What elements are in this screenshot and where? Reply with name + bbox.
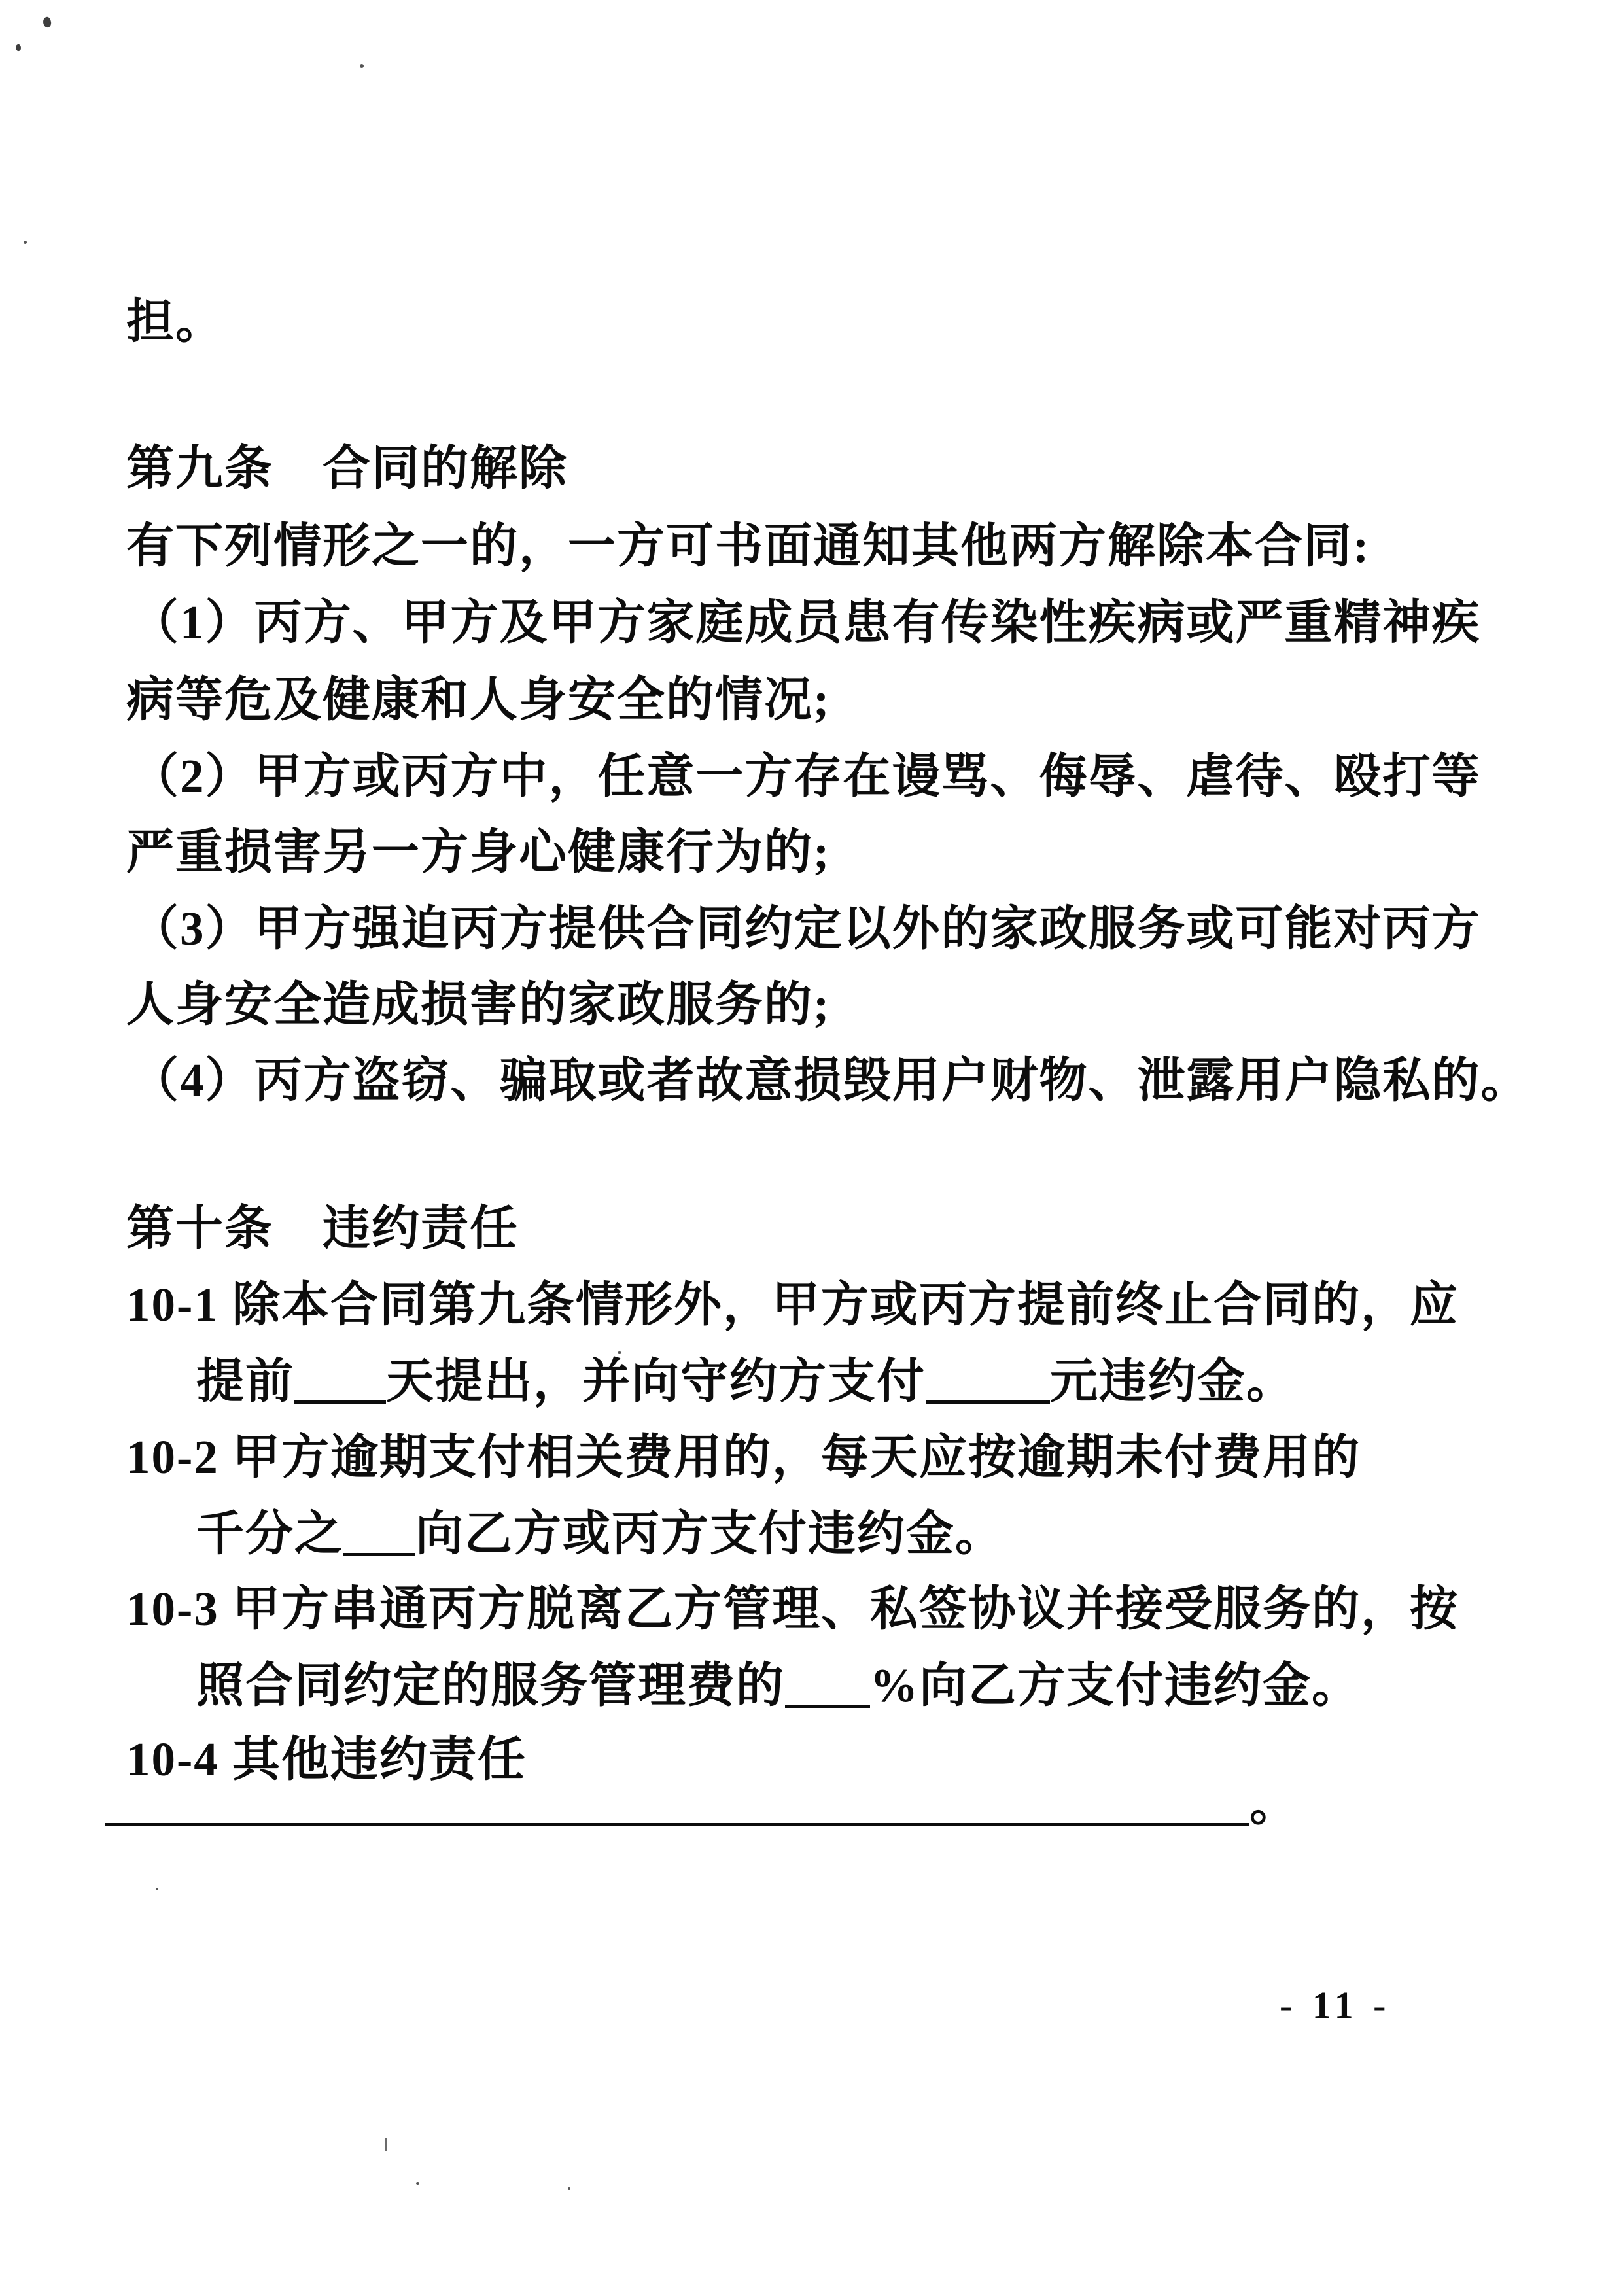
page-number: - 11 -	[1280, 1983, 1391, 2027]
clause-10-3-line2: 照合同约定的服务管理费的%向乙方支付违约金。	[196, 1660, 1361, 1712]
scan-speck	[618, 1351, 621, 1354]
article9-intro: 有下列情形之一的，一方可书面通知其他两方解除本合同:	[126, 520, 1370, 572]
text-run: 。	[1249, 1777, 1299, 1830]
text-run: 10-2 甲方逾期支付相关费用的，每天应按逾期未付费用的	[126, 1431, 1361, 1484]
text-run: 第九条 合同的解除	[126, 442, 568, 495]
text-run: 第十条 违约责任	[126, 1202, 519, 1255]
document-page: 担。第九条 合同的解除有下列情形之一的，一方可书面通知其他两方解除本合同:（1）…	[0, 0, 1623, 2296]
fill-in-blank	[294, 1366, 386, 1404]
fill-in-blank	[926, 1366, 1050, 1404]
text-run: 有下列情形之一的，一方可书面通知其他两方解除本合同:	[126, 519, 1370, 572]
text-run: %向乙方支付违约金。	[870, 1659, 1361, 1712]
text-run: 元违约金。	[1050, 1355, 1295, 1408]
article9-item1-line2: 病等危及健康和人身安全的情况;	[126, 674, 830, 726]
text-run: 向乙方或丙方支付违约金。	[415, 1507, 1004, 1560]
clause-10-2-line1: 10-2 甲方逾期支付相关费用的，每天应按逾期未付费用的	[126, 1431, 1361, 1484]
clause-10-3-line1: 10-3 甲方串通丙方脱离乙方管理、私签协议并接受服务的，按	[126, 1583, 1459, 1635]
scan-speck	[156, 1888, 158, 1890]
text-run: （2）甲方或丙方中，任意一方存在谩骂、侮辱、虐待、殴打等	[131, 750, 1481, 803]
article9-item4: （4）丙方盗窃、骗取或者故意损毁用户财物、泄露用户隐私的。	[131, 1054, 1530, 1107]
write-in-line: 。	[105, 1778, 1299, 1830]
text-run: 10-1 除本合同第九条情形外，甲方或丙方提前终止合同的，应	[126, 1278, 1459, 1331]
text-run: 照合同约定的服务管理费的	[196, 1659, 785, 1712]
article9-item3-line1: （3）甲方强迫丙方提供合同约定以外的家政服务或可能对丙方	[131, 903, 1481, 955]
fill-in-blank	[105, 1789, 1249, 1826]
carryover-line: 担。	[126, 296, 224, 348]
article9-item2-line2: 严重损害另一方身心健康行为的;	[126, 826, 830, 878]
text-run: 提前	[196, 1355, 294, 1408]
scan-speck	[15, 44, 22, 52]
article10-heading: 第十条 违约责任	[126, 1202, 519, 1255]
article9-item3-line2: 人身安全造成损害的家政服务的;	[126, 979, 830, 1031]
article9-heading: 第九条 合同的解除	[126, 442, 568, 495]
clause-10-1-line1: 10-1 除本合同第九条情形外，甲方或丙方提前终止合同的，应	[126, 1279, 1459, 1331]
article9-item2-line1: （2）甲方或丙方中，任意一方存在谩骂、侮辱、虐待、殴打等	[131, 750, 1481, 803]
text-run: 病等危及健康和人身安全的情况;	[126, 673, 830, 726]
clause-10-2-line2: 千分之向乙方或丙方支付违约金。	[196, 1508, 1004, 1560]
text-run: 人身安全造成损害的家政服务的;	[126, 978, 830, 1031]
text-run: 严重损害另一方身心健康行为的;	[126, 826, 830, 878]
scan-speck	[42, 16, 52, 29]
text-run: 10-3 甲方串通丙方脱离乙方管理、私签协议并接受服务的，按	[126, 1582, 1459, 1635]
scan-speck	[360, 64, 364, 68]
text-run: （1）丙方、甲方及甲方家庭成员患有传染性疾病或严重精神疾	[131, 596, 1481, 649]
fill-in-blank	[343, 1519, 415, 1556]
scan-speck	[568, 2187, 570, 2190]
clause-10-1-line2: 提前天提出，并向守约方支付元违约金。	[196, 1355, 1295, 1408]
text-run: （3）甲方强迫丙方提供合同约定以外的家政服务或可能对丙方	[131, 902, 1481, 955]
text-run: 天提出，并向守约方支付	[386, 1355, 926, 1408]
text-run: 千分之	[196, 1507, 343, 1560]
scan-speck	[416, 2182, 419, 2185]
text-run: 担。	[126, 295, 224, 348]
text-run: （4）丙方盗窃、骗取或者故意损毁用户财物、泄露用户隐私的。	[131, 1054, 1530, 1107]
scan-speck	[24, 241, 27, 244]
fill-in-blank	[785, 1671, 870, 1708]
article9-item1-line1: （1）丙方、甲方及甲方家庭成员患有传染性疾病或严重精神疾	[131, 597, 1481, 649]
scan-speck	[314, 791, 319, 795]
scan-speck	[385, 2138, 387, 2151]
